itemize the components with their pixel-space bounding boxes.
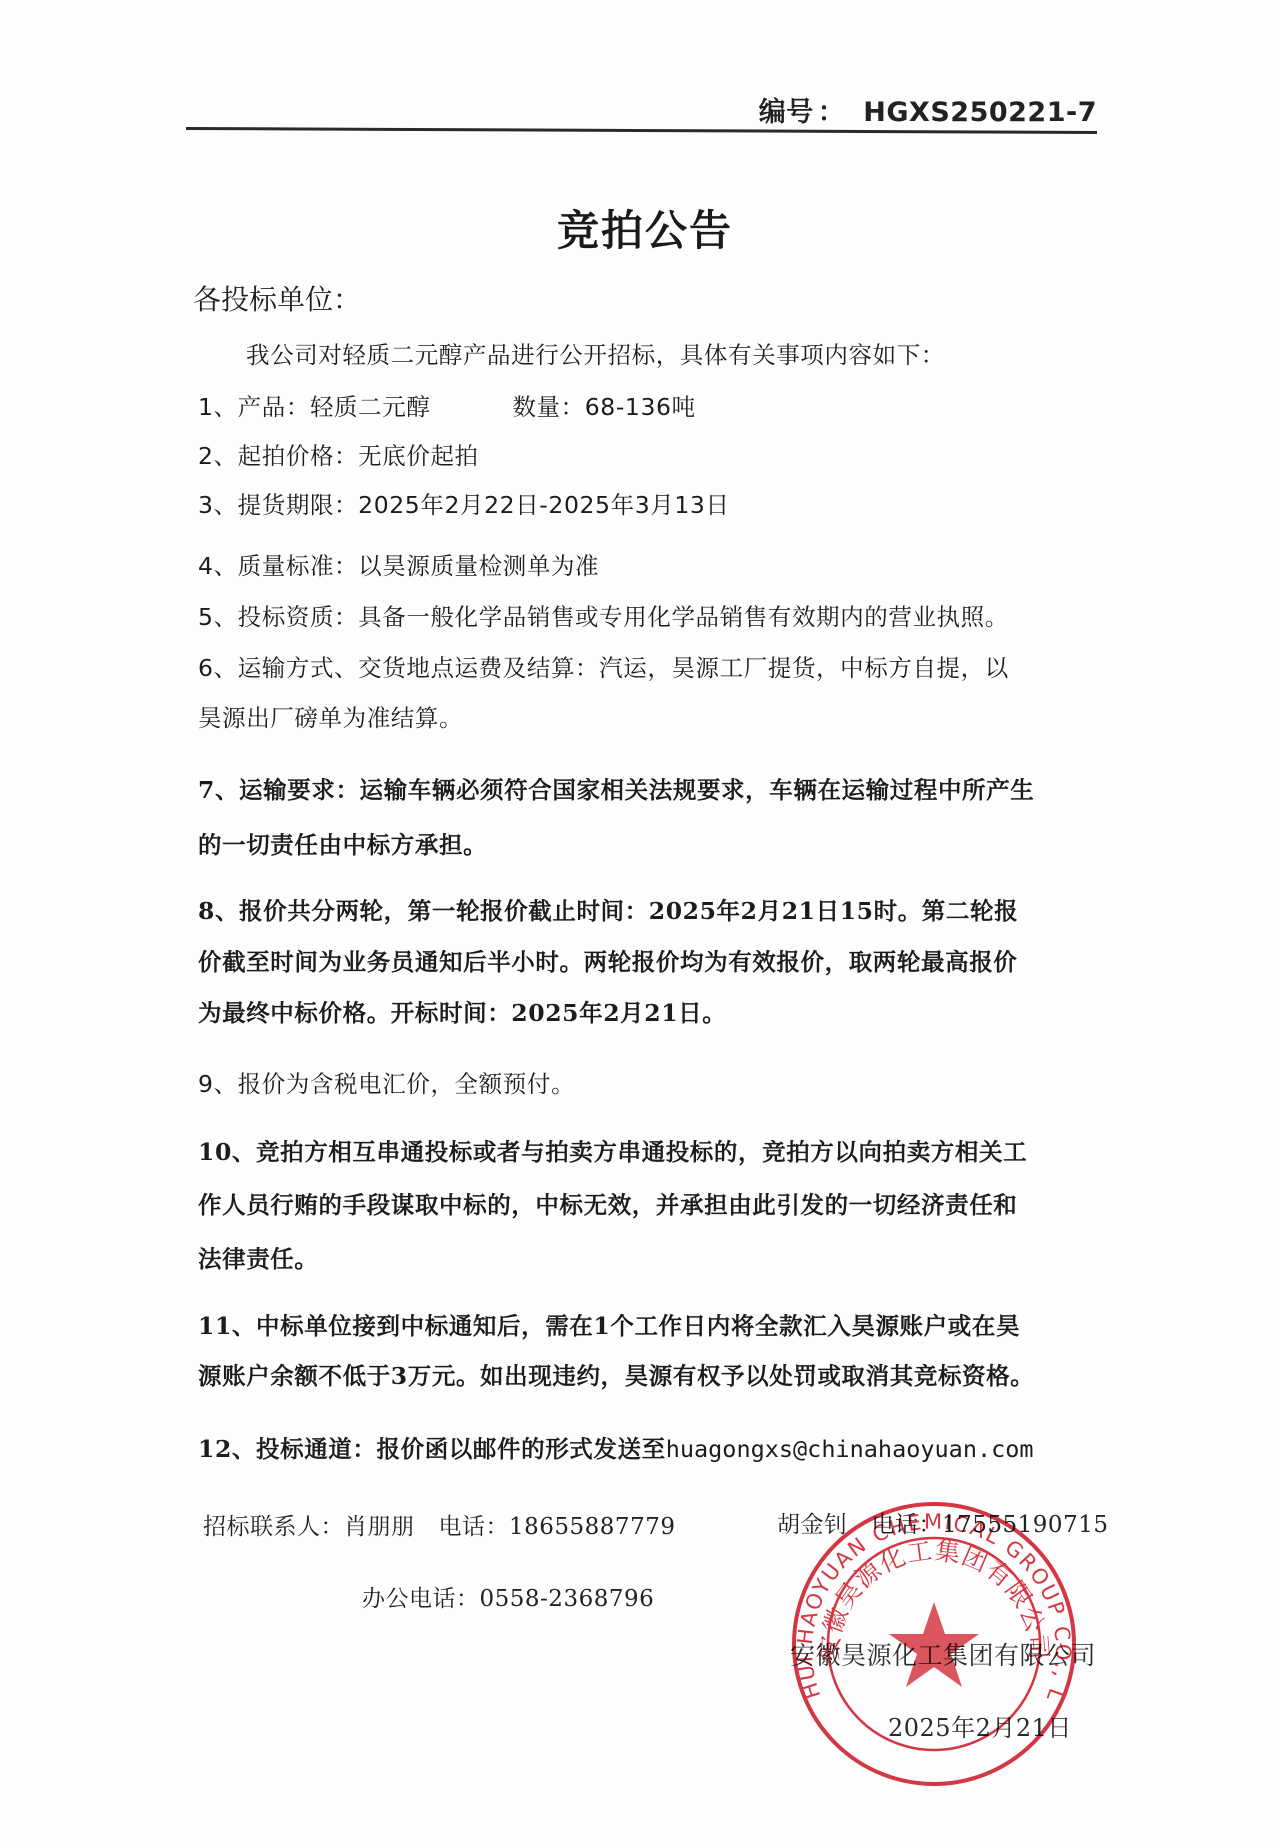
- item-3: 3、提货期限：2025年2月22日-2025年3月13日: [198, 486, 730, 520]
- serial-number: 编号：HGXS250221-7: [759, 90, 1097, 129]
- signature-date: 2025年2月21日: [888, 1708, 1072, 1743]
- salutation: 各投标单位：: [193, 278, 361, 318]
- item-8-line-2: 价截至时间为业务员通知后半小时。两轮报价均为有效报价，取两轮最高报价: [198, 943, 1017, 977]
- item-4: 4、质量标准：以昊源质量检测单为准: [198, 547, 599, 581]
- contact-person-2: 胡金钊电话：17555190715: [777, 1506, 1108, 1539]
- item-7-line-2: 的一切责任由中标方承担。: [198, 826, 487, 860]
- company-signature: 安徽昊源化工集团有限公司: [790, 1636, 1096, 1672]
- office-phone-label: 办公电话：: [362, 1586, 480, 1612]
- item-12-text: 12、投标通道：报价函以邮件的形式发送至: [198, 1435, 666, 1463]
- bid-email-link[interactable]: huagongxs@chinahaoyuan.com: [666, 1435, 1034, 1463]
- item-10-line-1: 10、竞拍方相互串通投标或者与拍卖方串通投标的，竞拍方以向拍卖方相关工: [198, 1133, 1027, 1167]
- contact-1-name: 肖朋朋: [344, 1514, 415, 1540]
- contact-1-phone[interactable]: 18655887779: [509, 1514, 675, 1540]
- item-10-line-3: 法律责任。: [198, 1240, 319, 1274]
- contact-2-phone[interactable]: 17555190715: [942, 1512, 1108, 1538]
- item-8-line-1: 8、报价共分两轮，第一轮报价截止时间：2025年2月21日15时。第二轮报: [198, 892, 1018, 926]
- office-phone-number[interactable]: 0558-2368796: [480, 1586, 655, 1612]
- item-8-line-3: 为最终中标价格。开标时间：2025年2月21日。: [198, 994, 726, 1028]
- serial-colon: ：: [818, 97, 846, 128]
- contact-2-name: 胡金钊: [777, 1512, 848, 1538]
- contact-1-phone-label: 电话：: [439, 1514, 510, 1540]
- contact-label: 招标联系人：: [203, 1514, 344, 1540]
- item-6-line-2: 昊源出厂磅单为准结算。: [198, 699, 463, 733]
- item-12: 12、投标通道：报价函以邮件的形式发送至huagongxs@chinahaoyu…: [198, 1430, 1034, 1464]
- item-1: 1、产品：轻质二元醇数量：68-136吨: [198, 388, 696, 422]
- item-10-line-2: 作人员行贿的手段谋取中标的，中标无效，并承担由此引发的一切经济责任和: [198, 1186, 1017, 1220]
- contact-2-phone-label: 电话：: [872, 1512, 943, 1538]
- item-7-line-1: 7、运输要求：运输车辆必须符合国家相关法规要求，车辆在运输过程中所产生: [198, 771, 1034, 805]
- contact-person-1: 招标联系人：肖朋朋电话：18655887779: [203, 1508, 675, 1541]
- item-9: 9、报价为含税电汇价，全额预付。: [198, 1065, 575, 1099]
- serial-value: HGXS250221-7: [863, 97, 1097, 128]
- item-6-line-1: 6、运输方式、交货地点运费及结算：汽运，昊源工厂提货，中标方自提，以: [198, 649, 1009, 683]
- intro-paragraph: 我公司对轻质二元醇产品进行公开招标，具体有关事项内容如下：: [246, 336, 945, 370]
- item-11-line-1: 11、中标单位接到中标通知后，需在1个工作日内将全款汇入昊源账户或在昊: [198, 1307, 1020, 1341]
- item-2: 2、起拍价格：无底价起拍: [198, 437, 479, 471]
- item-5: 5、投标资质：具备一般化学品销售或专用化学品销售有效期内的营业执照。: [198, 598, 1009, 632]
- item-1-quantity: 数量：68-136吨: [512, 393, 695, 421]
- serial-label: 编号: [759, 97, 814, 128]
- page-title: 竞拍公告: [0, 198, 1280, 258]
- item-1-product: 1、产品：轻质二元醇: [198, 393, 430, 421]
- office-phone: 办公电话：0558-2368796: [362, 1580, 654, 1613]
- item-11-line-2: 源账户余额不低于3万元。如出现违约，昊源有权予以处罚或取消其竞标资格。: [198, 1357, 1034, 1391]
- announcement-page: 编号：HGXS250221-7 竞拍公告 各投标单位： 我公司对轻质二元醇产品进…: [0, 0, 1280, 1845]
